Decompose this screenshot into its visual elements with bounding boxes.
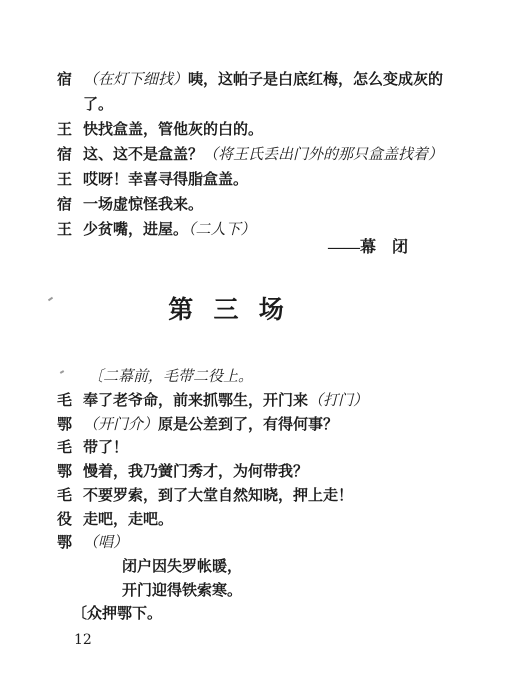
dialogue-text: 走吧，走吧。 [83,509,451,533]
lyric-line: 开门迎得铁索寒。 [122,580,242,604]
inline-stage-direction: （打门） [308,393,368,409]
sung-lyrics: 闭户因失罗帐暖，开门迎得铁索寒。 [122,556,242,603]
dialogue-part: 走吧，走吧。 [83,512,173,528]
dialogue-line: 王快找盒盖，管他灰的白的。 [57,118,457,143]
dialogue-line: 鄂（开门介）原是公差到了，有得何事？ [57,414,457,438]
speaker-label: 王 [57,118,83,143]
speaker-label: 宿 [57,143,83,168]
dialogue-part: 带了！ [83,440,128,456]
dialogue-line: 王哎呀！幸喜寻得脂盒盖。 [57,168,457,193]
dialogue-part: 快找盒盖，管他灰的白的。 [83,122,263,138]
dialogue-line: 毛奉了老爷命，前来抓鄂生，开门来（打门） [57,390,457,414]
dialogue-part: 一场虚惊怪我来。 [83,197,203,213]
scene-three-title: 第 三 场 [0,296,452,326]
dialogue-text: （唱） [83,532,451,556]
speaker-label: 宿 [57,68,83,118]
dialogue-line: 毛不要罗索，到了大堂自然知晓，押上走！ [57,485,457,509]
dialogue-line: 宿（在灯下细找）咦，这帕子是白底红梅，怎么变成灰的了。 [57,68,457,118]
dialogue-part: 这、这不是盒盖？ [83,147,203,163]
dialogue-text: （在灯下细找）咦，这帕子是白底红梅，怎么变成灰的了。 [83,68,451,118]
scan-speck [60,370,64,374]
speaker-label: 鄂 [57,532,83,556]
inline-stage-direction: （开门介） [83,417,158,433]
scene-three-dialogue: 毛奉了老爷命，前来抓鄂生，开门来（打门）鄂（开门介）原是公差到了，有得何事？毛带… [57,390,457,556]
dialogue-part: 慢着，我乃黉门秀才，为何带我？ [83,464,308,480]
dialogue-part: 不要罗索，到了大堂自然知晓，押上走！ [83,488,353,504]
speaker-label: 毛 [57,390,83,414]
dialogue-text: 一场虚惊怪我来。 [83,193,451,218]
speaker-label: 鄂 [57,461,83,485]
page-number: 12 [74,632,92,648]
closing-stage-direction: 〔众押鄂下。 [72,603,162,626]
dialogue-line: 鄂慢着，我乃黉门秀才，为何带我？ [57,461,457,485]
dialogue-line: 役走吧，走吧。 [57,509,457,533]
inline-stage-direction: （将王氏丢出门外的那只盒盖找着） [203,147,443,163]
speaker-label: 宿 [57,193,83,218]
opening-stage-direction: 〔二幕前，毛带二役上。 [88,366,253,389]
dialogue-text: 慢着，我乃黉门秀才，为何带我？ [83,461,451,485]
curtain-closed-line: ——幕 闭 [0,235,408,260]
script-page: 宿（在灯下细找）咦，这帕子是白底红梅，怎么变成灰的了。王快找盒盖，管他灰的白的。… [0,0,506,690]
dialogue-text: （开门介）原是公差到了，有得何事？ [83,414,451,438]
dialogue-part: 原是公差到了，有得何事？ [158,417,338,433]
lyric-line: 闭户因失罗帐暖， [122,556,242,580]
dialogue-part: 奉了老爷命，前来抓鄂生，开门来 [83,393,308,409]
speaker-label: 毛 [57,485,83,509]
dialogue-text: 这、这不是盒盖？（将王氏丢出门外的那只盒盖找着） [83,143,451,168]
inline-stage-direction: （在灯下细找） [83,72,188,88]
speaker-label: 鄂 [57,414,83,438]
dialogue-text: 奉了老爷命，前来抓鄂生，开门来（打门） [83,390,451,414]
dialogue-text: 带了！ [83,437,451,461]
dialogue-line: 鄂（唱） [57,532,457,556]
dialogue-text: 快找盒盖，管他灰的白的。 [83,118,451,143]
dialogue-text: 哎呀！幸喜寻得脂盒盖。 [83,168,451,193]
dialogue-part: 哎呀！幸喜寻得脂盒盖。 [83,172,248,188]
inline-stage-direction: （唱） [83,535,128,551]
speaker-label: 毛 [57,437,83,461]
dialogue-line: 宿一场虚惊怪我来。 [57,193,457,218]
dialogue-line: 毛带了！ [57,437,457,461]
dialogue-line: 宿这、这不是盒盖？（将王氏丢出门外的那只盒盖找着） [57,143,457,168]
scene-two-ending-dialogue: 宿（在灯下细找）咦，这帕子是白底红梅，怎么变成灰的了。王快找盒盖，管他灰的白的。… [57,68,457,243]
speaker-label: 役 [57,509,83,533]
dialogue-text: 不要罗索，到了大堂自然知晓，押上走！ [83,485,451,509]
speaker-label: 王 [57,168,83,193]
